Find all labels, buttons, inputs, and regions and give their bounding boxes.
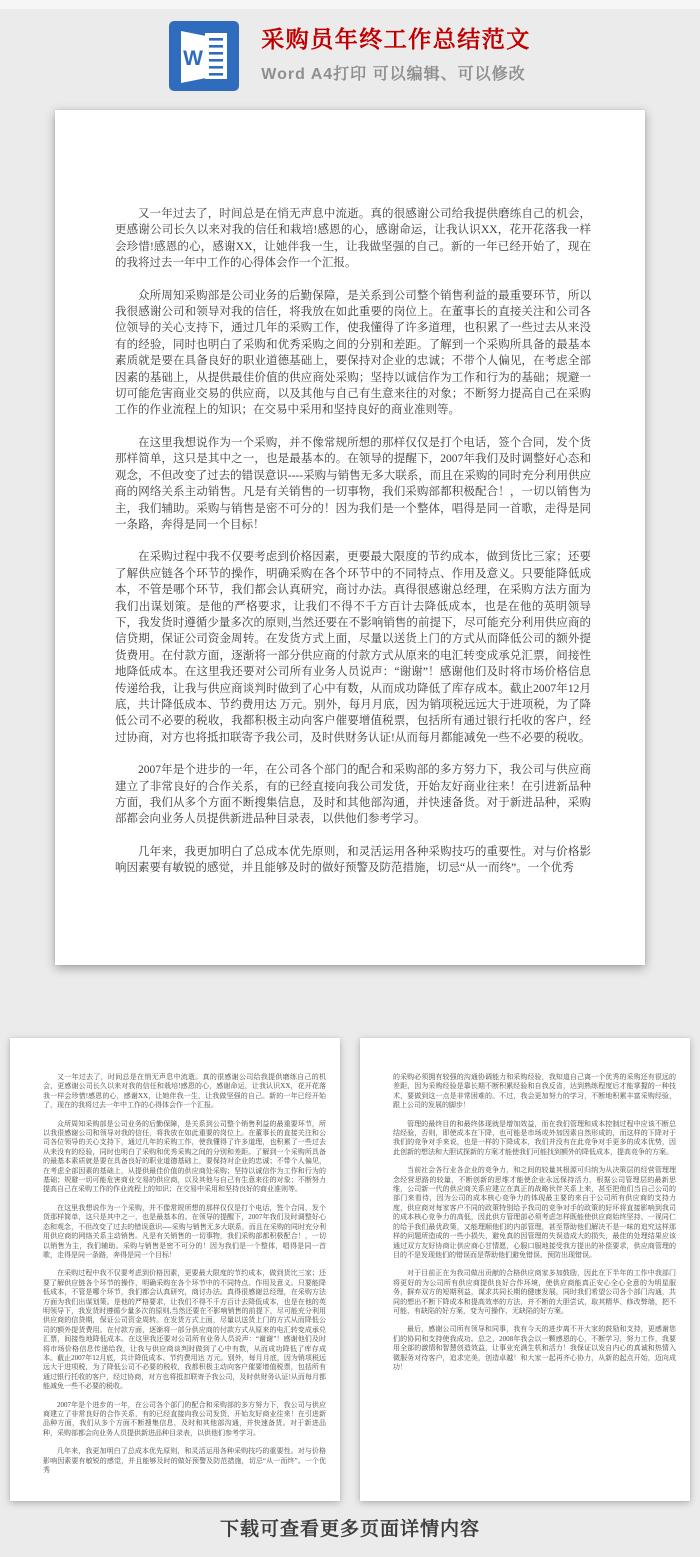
page-thumbnails: 又一年过去了，时间总是在悄无声息中流逝。真的很感谢公司给我提供磨练自己的机会，更… [10, 1038, 690, 1501]
svg-text:W: W [183, 47, 203, 70]
thumbnail-paragraph: 当前社会各行业各企业的竞争力，和之间的较量其根源可归纳为从决策层的经营管理理念经… [393, 1166, 676, 1260]
document-paragraph: 在这里我想说作为一个采购，并不像常规所想的那样仅仅是打个电话，签个合同，发个货那… [115, 435, 591, 533]
page-thumbnail-2: 的采购必须拥有较强的沟通协调能力和采购经验，我知道自己离一个优秀的采购还有很远的… [360, 1038, 690, 1501]
document-paragraph: 众所周知采购部是公司业务的后勤保障，是关系到公司整个销售利益的最重要环节，所以我… [115, 288, 591, 419]
page-title: 采购员年终工作总结范文 [261, 27, 531, 52]
document-preview-page: 又一年过去了，时间总是在悄无声息中流逝。真的很感谢公司给我提供磨练自己的机会，更… [55, 110, 645, 965]
header-subtitle: Word A4打印 可以编辑、可以修改 [261, 61, 531, 84]
thumbnail-paragraph: 最后，感谢公司所有领导和同事，我有今天的进步离不开大家的鼓励和支持，更感谢您们的… [393, 1325, 676, 1372]
footer-note: 下载可查看更多页面详情内容 [0, 1514, 700, 1541]
document-paragraph: 2007年是个进步的一年，在公司各个部门的配合和采购部的多方努力下，我公司与供应… [115, 762, 591, 828]
page-thumbnail-1: 又一年过去了，时间总是在悄无声息中流逝。真的很感谢公司给我提供磨练自己的机会，更… [10, 1038, 340, 1501]
document-paragraph: 几年来，我更加明白了总成本优先原则，和灵活运用各种采购技巧的重要性。对与价格影响… [115, 844, 591, 877]
thumbnail-paragraph: 众所周知采购部是公司业务的后勤保障，是关系到公司整个销售利益的最重要环节，所以我… [43, 1120, 326, 1195]
preview-area: 又一年过去了，时间总是在悄无声息中流逝。真的很感谢公司给我提供磨练自己的机会，更… [0, 110, 700, 1541]
thumbnail-paragraph: 在这里我想说作为一个采购，并不像常规所想的那样仅仅是打个电话，签个合同，发个货那… [43, 1204, 326, 1260]
thumbnail-paragraph: 的采购必须拥有较强的沟通协调能力和采购经验，我知道自己离一个优秀的采购还有很远的… [393, 1073, 676, 1111]
thumbnail-paragraph: 2007年是个进步的一年，在公司各个部门的配合和采购部的多方努力下，我公司与供应… [43, 1401, 326, 1439]
thumbnail-paragraph: 管理的最终目的和最终体现就是增加效益，而在我们管理和成本控制过程中应该不断总结经… [393, 1120, 676, 1158]
word-icon: W [169, 21, 239, 91]
thumbnail-paragraph: 几年来，我更加明白了总成本优先原则，和灵活运用各种采购技巧的重要性。对与价格影响… [43, 1447, 326, 1475]
header-text: 采购员年终工作总结范文 Word A4打印 可以编辑、可以修改 [261, 27, 531, 83]
thumbnail-paragraph: 在采购过程中我不仅要考虑到价格因素，更要最大限度的节约成本，做到货比三家；还要了… [43, 1269, 326, 1391]
thumbnail-paragraph: 又一年过去了，时间总是在悄无声息中流逝。真的很感谢公司给我提供磨练自己的机会，更… [43, 1073, 326, 1111]
top-strip [0, 0, 700, 9]
thumbnail-paragraph: 对于目前正在为我司做出贡献的合格供应商家多加鼓励，因此在下半年的工作中我部门将更… [393, 1269, 676, 1316]
document-paragraph: 在采购过程中我不仅要考虑到价格因素，更要最大限度的节约成本，做到货比三家；还要了… [115, 549, 591, 746]
document-paragraph: 又一年过去了，时间总是在悄无声息中流逝。真的很感谢公司给我提供磨练自己的机会，更… [115, 206, 591, 272]
header: W 采购员年终工作总结范文 Word A4打印 可以编辑、可以修改 [0, 9, 700, 102]
